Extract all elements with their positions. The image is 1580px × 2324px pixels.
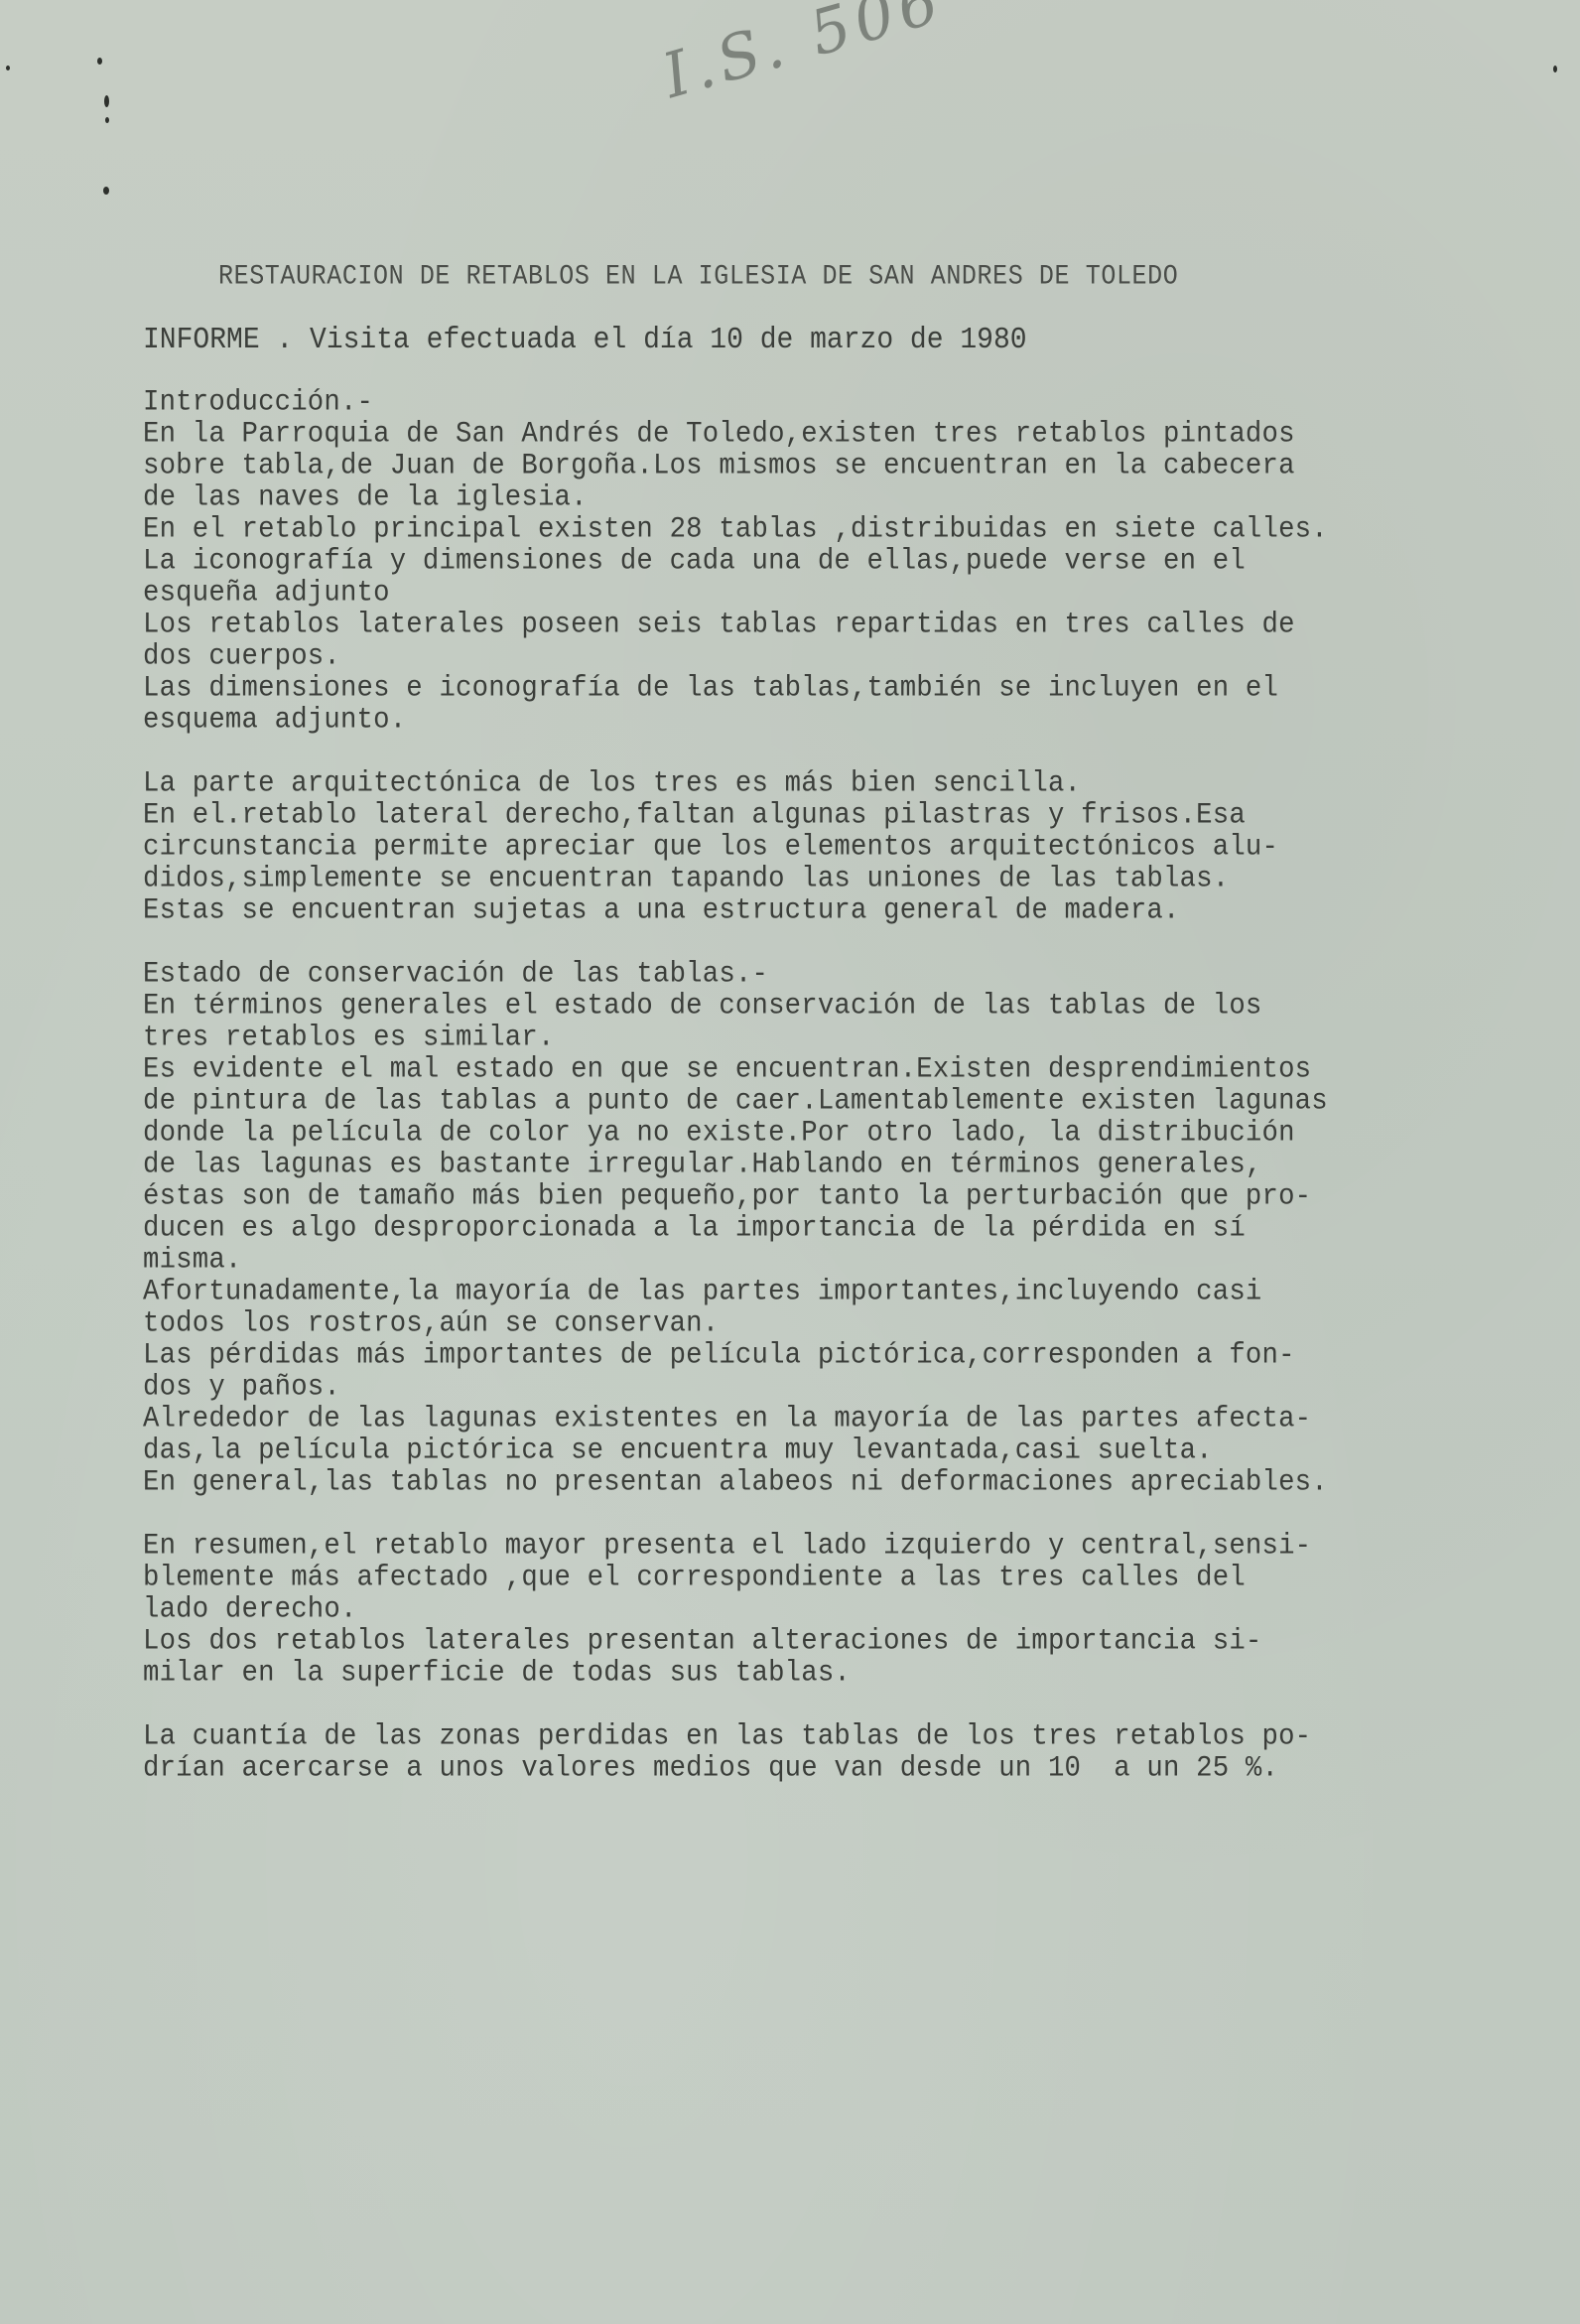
punch-mark — [1553, 66, 1557, 72]
text-line: En términos generales el estado de conse… — [143, 989, 1552, 1024]
text-line: misma. — [143, 1243, 1552, 1278]
text-line: En el retablo principal existen 28 tabla… — [143, 512, 1552, 547]
text-line: Los dos retablos laterales presentan alt… — [143, 1624, 1552, 1659]
punch-mark — [97, 58, 102, 65]
text-line: En la Parroquia de San Andrés de Toledo,… — [143, 417, 1552, 452]
text-line: de las lagunas es bastante irregular.Hab… — [143, 1148, 1552, 1182]
text-line: En el.retablo lateral derecho,faltan alg… — [143, 798, 1552, 833]
text-line: milar en la superficie de todas sus tabl… — [143, 1656, 1552, 1691]
text-line: didos,simplemente se encuentran tapando … — [143, 862, 1552, 896]
text-line: Las dimensiones e iconografía de las tab… — [143, 671, 1552, 706]
text-line: dos cuerpos. — [143, 639, 1552, 674]
text-line: dos y paños. — [143, 1370, 1552, 1405]
punch-mark — [104, 95, 109, 107]
text-line: sobre tabla,de Juan de Borgoña.Los mismo… — [143, 449, 1552, 483]
text-line: circunstancia permite apreciar que los e… — [143, 830, 1552, 865]
text-line: blemente más afectado ,que el correspond… — [143, 1561, 1552, 1595]
section-heading: Introducción.- — [143, 385, 1552, 420]
text-line: tres retablos es similar. — [143, 1021, 1552, 1055]
text-line: de pintura de las tablas a punto de caer… — [143, 1084, 1552, 1119]
section-summary: En resumen,el retablo mayor presenta el … — [143, 1531, 1552, 1690]
text-line: Afortunadamente,la mayoría de las partes… — [143, 1275, 1552, 1309]
text-line: lado derecho. — [143, 1592, 1552, 1627]
section-introduction: Introducción.- En la Parroquia de San An… — [143, 387, 1552, 737]
text-line: das,la película pictórica se encuentra m… — [143, 1434, 1552, 1468]
text-line: Los retablos laterales poseen seis tabla… — [143, 608, 1552, 642]
section-loss-estimate: La cuantía de las zonas perdidas en las … — [143, 1721, 1552, 1785]
punch-mark — [105, 117, 109, 123]
text-line: La cuantía de las zonas perdidas en las … — [143, 1719, 1552, 1754]
text-line: ducen es algo desproporcionada a la impo… — [143, 1211, 1552, 1246]
text-line: todos los rostros,aún se conservan. — [143, 1306, 1552, 1341]
section-conservation-state: Estado de conservación de las tablas.- E… — [143, 959, 1552, 1499]
report-subtitle: INFORME . Visita efectuada el día 10 de … — [143, 324, 1027, 357]
text-line: éstas son de tamaño más bien pequeño,por… — [143, 1179, 1552, 1214]
text-line: La parte arquitectónica de los tres es m… — [143, 766, 1552, 801]
text-line: Estas se encuentran sujetas a una estruc… — [143, 893, 1552, 928]
section-heading: Estado de conservación de las tablas.- — [143, 957, 1552, 992]
punch-mark — [103, 187, 109, 195]
punch-mark — [6, 66, 10, 70]
report-body: Introducción.- En la Parroquia de San An… — [143, 387, 1552, 1817]
text-line: de las naves de la iglesia. — [143, 480, 1552, 515]
text-line: esqueña adjunto — [143, 576, 1552, 611]
text-line: En resumen,el retablo mayor presenta el … — [143, 1529, 1552, 1564]
text-line: esquema adjunto. — [143, 703, 1552, 738]
document-title: RESTAURACION DE RETABLOS EN LA IGLESIA D… — [218, 260, 1178, 292]
text-line: donde la película de color ya no existe.… — [143, 1116, 1552, 1151]
text-line: Alrededor de las lagunas existentes en l… — [143, 1402, 1552, 1436]
text-line: Es evidente el mal estado en que se encu… — [143, 1052, 1552, 1087]
section-architecture: La parte arquitectónica de los tres es m… — [143, 768, 1552, 927]
text-line: En general,las tablas no presentan alabe… — [143, 1465, 1552, 1500]
text-line: Las pérdidas más importantes de película… — [143, 1338, 1552, 1373]
text-line: La iconografía y dimensiones de cada una… — [143, 544, 1552, 579]
text-line: drían acercarse a unos valores medios qu… — [143, 1751, 1552, 1786]
